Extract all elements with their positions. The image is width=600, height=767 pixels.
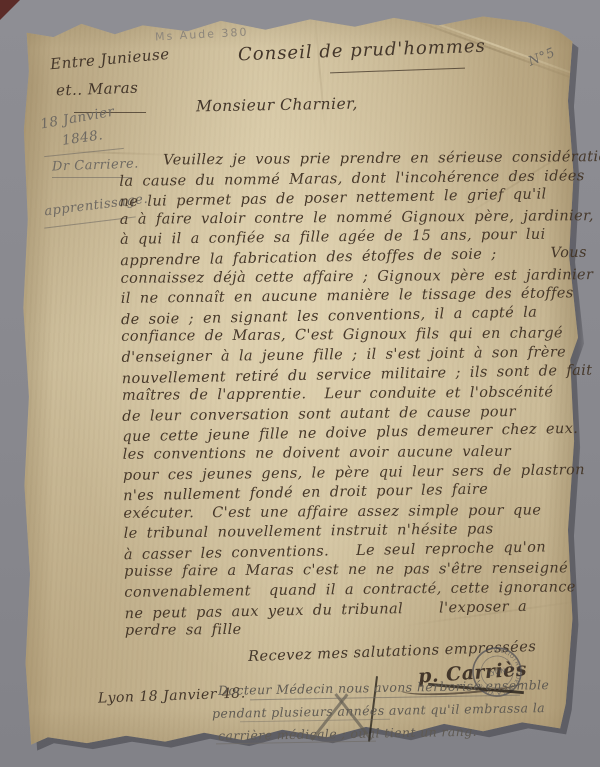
stamp-center-text: LYON [488,666,507,678]
body-line: maîtres de l'apprentie. Leur conduite et… [122,384,584,407]
body-line: Veuillez je vous prie prendre en sérieus… [119,149,581,172]
body-line: confiance de Maras, C'est Gignoux fils q… [121,326,583,349]
binding-corner [0,0,20,20]
body-line: les conventions ne doivent avoir aucune … [123,443,585,466]
body-line: exécuter. C'est une affaire assez simple… [123,502,585,525]
salutation: Monsieur Charnier, [196,95,358,116]
body-line: a à faire valoir contre le nommé Gignoux… [120,208,582,231]
scan-background: Ms Aude 380 N°5 Conseil de prud'hommes E… [0,0,600,767]
fold-crease [314,13,326,133]
body-line: connaissez déjà cette affaire ; Gignoux … [120,267,582,290]
margin-party-2: et.. Maras [56,79,139,100]
letter-body: Veuillez je vous prie prendre en sérieus… [119,148,587,643]
